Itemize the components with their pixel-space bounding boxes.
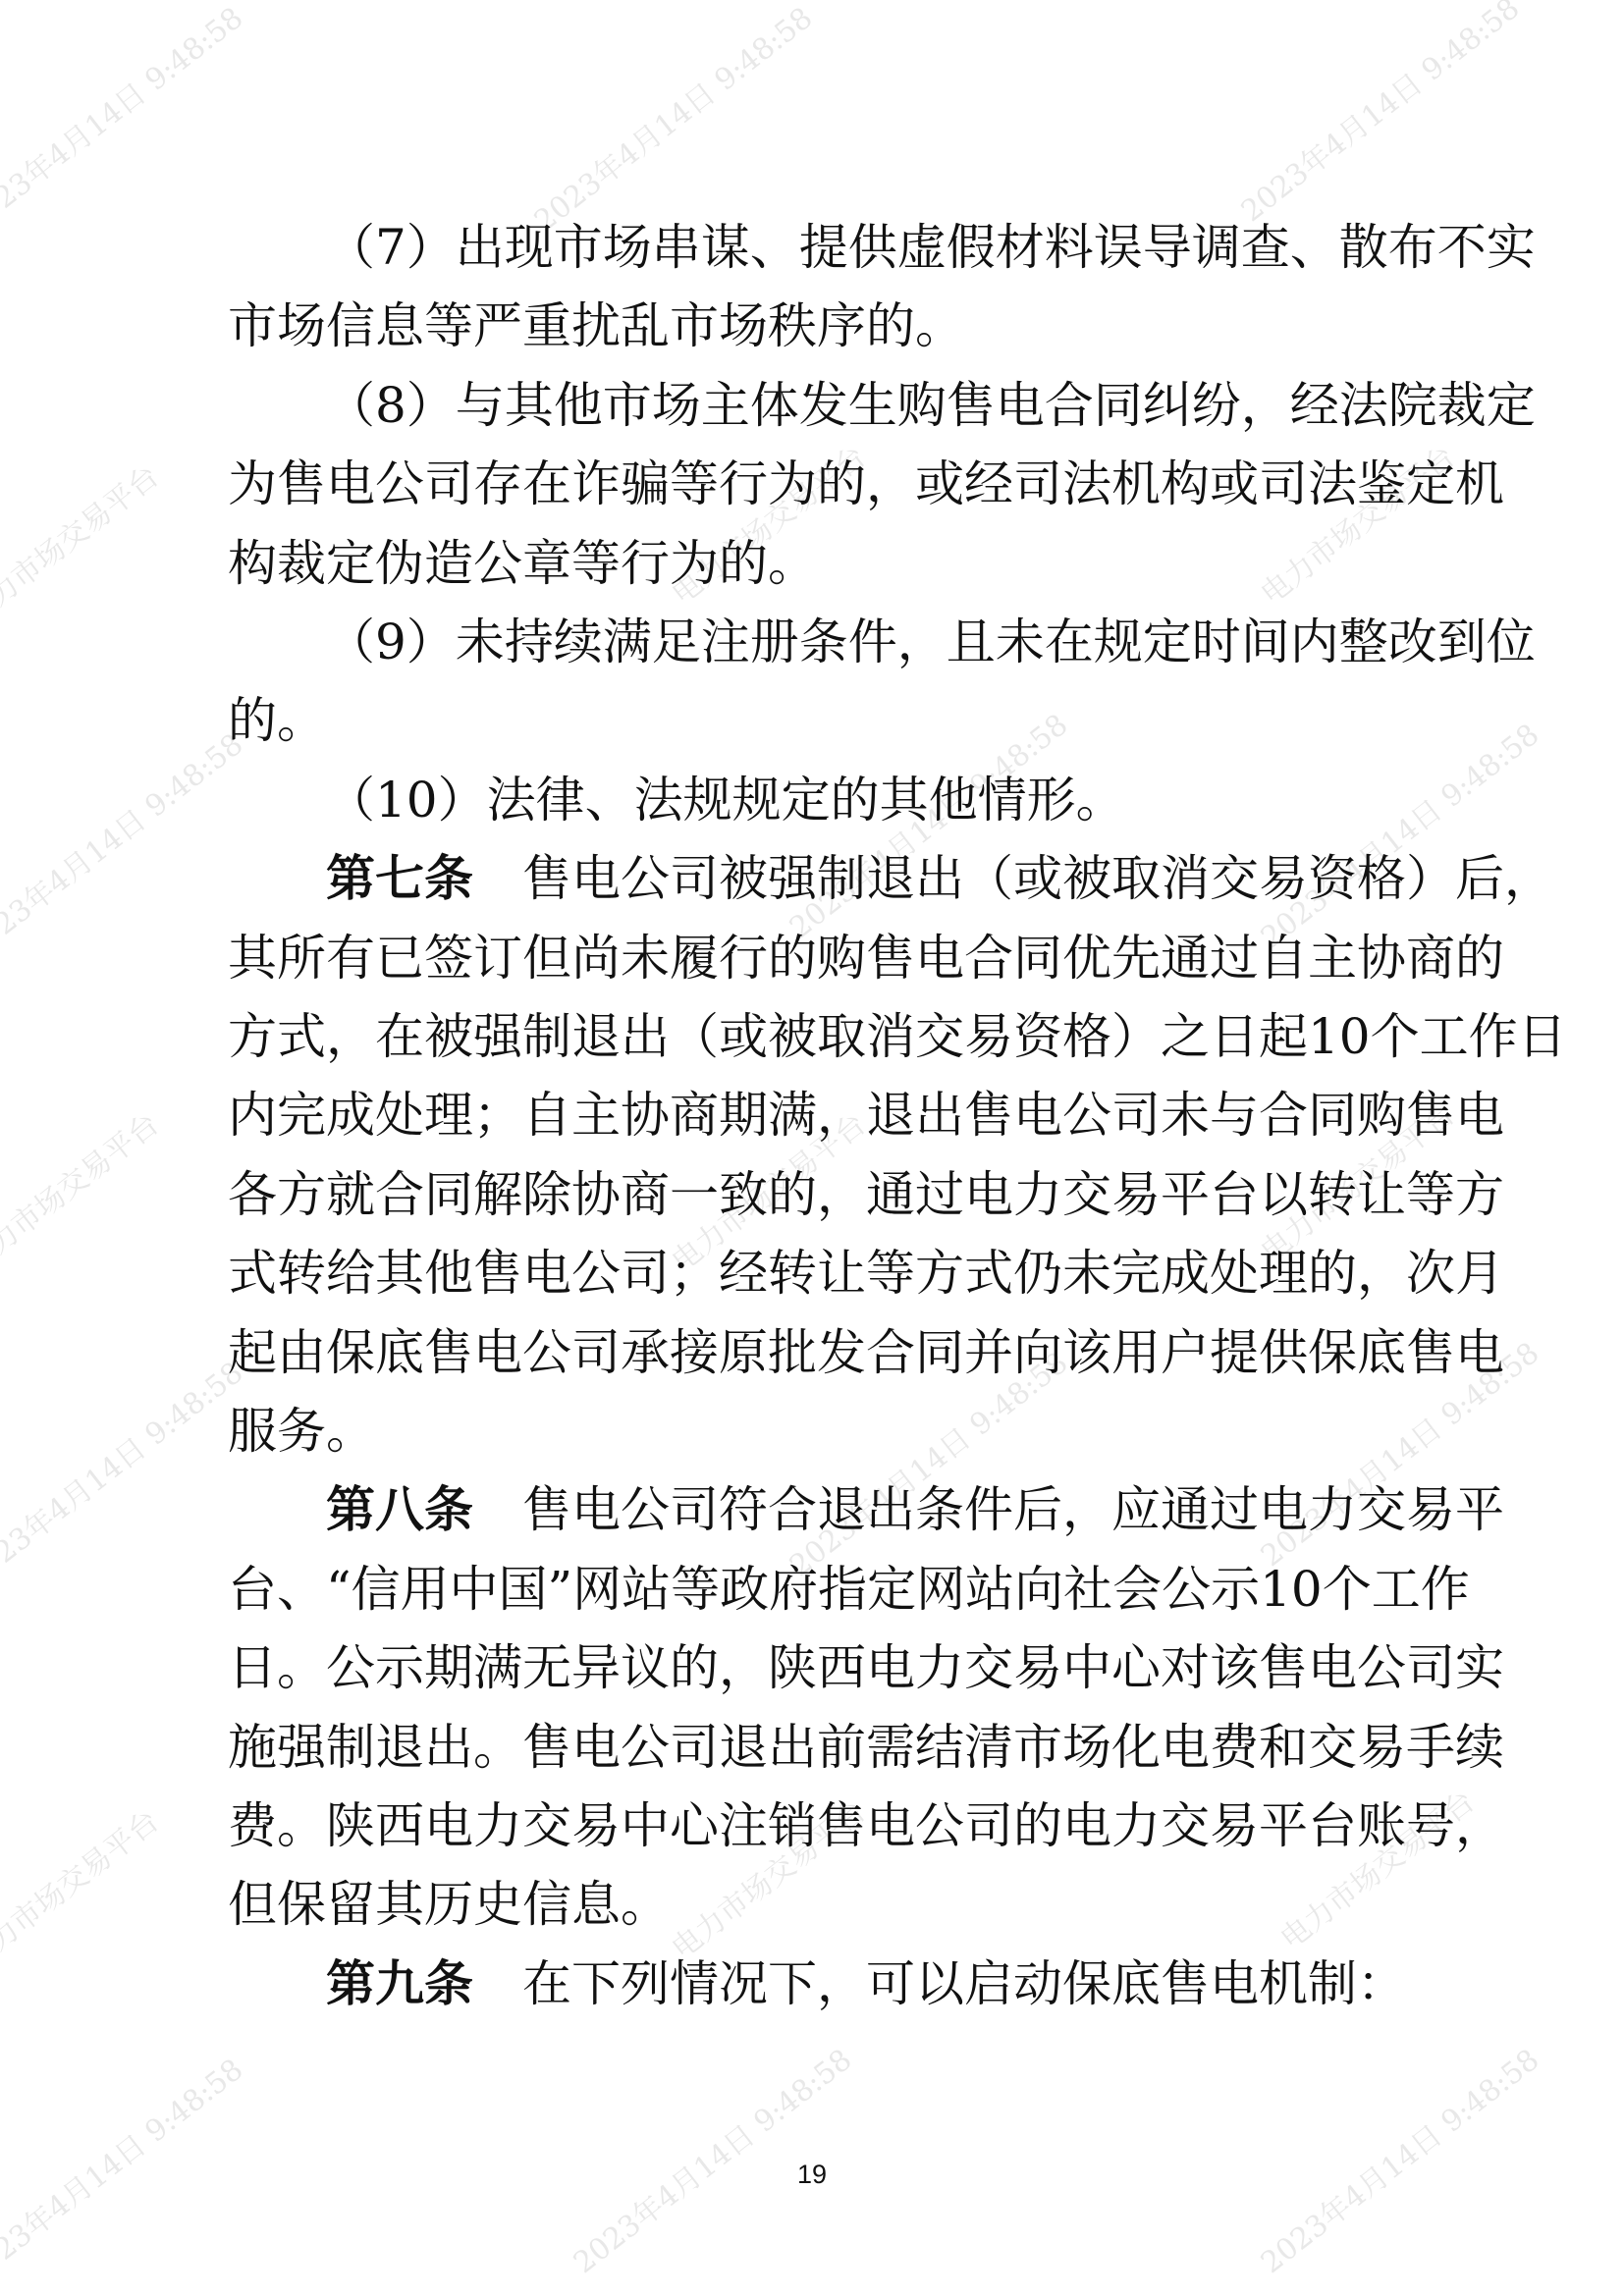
line-text: 起由保底售电公司承接原批发合同并向该用户提供保底售电	[228, 1324, 1504, 1381]
line-text: 在下列情况下，可以启动保底售电机制：	[473, 1955, 1406, 2012]
text-line: 构裁定伪造公章等行为的。	[228, 534, 1416, 593]
text-line: 费。陕西电力交易中心注销售电公司的电力交易平台账号，	[228, 1796, 1416, 1855]
text-line: 为售电公司存在诈骗等行为的，或经司法机构或司法鉴定机	[228, 454, 1416, 513]
line-text: 为售电公司存在诈骗等行为的，或经司法机构或司法鉴定机	[228, 455, 1504, 512]
timestamp-watermark: 2023年4月14日 9:48:58	[1230, 0, 1527, 230]
text-line: 方式，在被强制退出（或被取消交易资格）之日起10个工作日	[228, 1007, 1416, 1066]
line-text: 售电公司符合退出条件后，应通过电力交易平	[473, 1481, 1504, 1538]
article-heading: 第七条	[326, 850, 473, 907]
text-line: （8）与其他市场主体发生购售电合同纠纷，经法院裁定	[326, 376, 1416, 435]
timestamp-watermark: 2023年4月14日 9:48:58	[0, 721, 250, 966]
line-text: （9）未持续满足注册条件，且未在规定时间内整改到位	[326, 614, 1536, 670]
text-line: 第八条 售电公司符合退出条件后，应通过电力交易平	[326, 1480, 1416, 1539]
line-text: 构裁定伪造公章等行为的。	[228, 535, 817, 592]
line-text: 式转给其他售电公司；经转让等方式仍未完成处理的，次月	[228, 1245, 1504, 1302]
line-text: 服务。	[228, 1403, 375, 1460]
text-line: 台、“信用中国”网站等政府指定网站向社会公示10个工作	[228, 1560, 1416, 1619]
line-text: 日。公示期满无异议的，陕西电力交易中心对该售电公司实	[228, 1639, 1504, 1696]
line-text: （7）出现市场串谋、提供虚假材料误导调查、散布不实	[326, 219, 1536, 276]
timestamp-watermark: 2023年4月14日 9:48:58	[0, 0, 250, 240]
text-line: 但保留其历史信息。	[228, 1875, 1416, 1934]
page-number: 19	[0, 2160, 1624, 2190]
text-line: 日。公示期满无异议的，陕西电力交易中心对该售电公司实	[228, 1638, 1416, 1697]
line-text: 施强制退出。售电公司退出前需结清市场化电费和交易手续	[228, 1719, 1504, 1776]
platform-watermark: 电力市场交易平台	[0, 1798, 166, 1977]
text-line: 的。	[228, 691, 1416, 750]
text-line: 第七条 售电公司被强制退出（或被取消交易资格）后，	[326, 849, 1416, 908]
line-text: 方式，在被强制退出（或被取消交易资格）之日起10个工作日	[228, 1008, 1567, 1065]
text-line: 其所有已签订但尚未履行的购售电合同优先通过自主协商的	[228, 929, 1416, 988]
text-line: 各方就合同解除协商一致的，通过电力交易平台以转让等方	[228, 1165, 1416, 1224]
article-heading: 第九条	[326, 1955, 473, 2012]
text-line: 内完成处理；自主协商期满，退出售电公司未与合同购售电	[228, 1086, 1416, 1145]
line-text: 市场信息等严重扰乱市场秩序的。	[228, 297, 964, 354]
text-line: （10）法律、法规规定的其他情形。	[326, 771, 1416, 829]
text-line: 施强制退出。售电公司退出前需结清市场化电费和交易手续	[228, 1718, 1416, 1777]
text-line: （9）未持续满足注册条件，且未在规定时间内整改到位	[326, 613, 1416, 671]
platform-watermark: 电力市场交易平台	[0, 1101, 166, 1280]
document-page: 2023年4月14日 9:48:582023年4月14日 9:48:582023…	[0, 0, 1624, 2296]
article-heading: 第八条	[326, 1481, 473, 1538]
text-line: 服务。	[228, 1402, 1416, 1461]
line-text: 费。陕西电力交易中心注销售电公司的电力交易平台账号，	[228, 1797, 1504, 1854]
line-text: 台、“信用中国”网站等政府指定网站向社会公示10个工作	[228, 1561, 1470, 1618]
line-text: 但保留其历史信息。	[228, 1876, 670, 1933]
timestamp-watermark: 2023年4月14日 9:48:58	[0, 1350, 250, 1594]
line-text: 各方就合同解除协商一致的，通过电力交易平台以转让等方	[228, 1166, 1504, 1223]
line-text: 内完成处理；自主协商期满，退出售电公司未与合同购售电	[228, 1087, 1504, 1144]
text-line: 市场信息等严重扰乱市场秩序的。	[228, 296, 1416, 355]
line-text: （10）法律、法规规定的其他情形。	[326, 772, 1125, 828]
line-text: 售电公司被强制退出（或被取消交易资格）后，	[473, 850, 1553, 907]
line-text: 其所有已签订但尚未履行的购售电合同优先通过自主协商的	[228, 930, 1504, 987]
text-line: 起由保底售电公司承接原批发合同并向该用户提供保底售电	[228, 1323, 1416, 1382]
text-line: （7）出现市场串谋、提供虚假材料误导调查、散布不实	[326, 218, 1416, 277]
timestamp-watermark: 2023年4月14日 9:48:58	[523, 0, 820, 240]
platform-watermark: 电力市场交易平台	[0, 454, 166, 632]
line-text: （8）与其他市场主体发生购售电合同纠纷，经法院裁定	[326, 377, 1536, 434]
line-text: 的。	[228, 692, 326, 749]
text-line: 式转给其他售电公司；经转让等方式仍未完成处理的，次月	[228, 1244, 1416, 1303]
text-line: 第九条 在下列情况下，可以启动保底售电机制：	[326, 1954, 1416, 2013]
